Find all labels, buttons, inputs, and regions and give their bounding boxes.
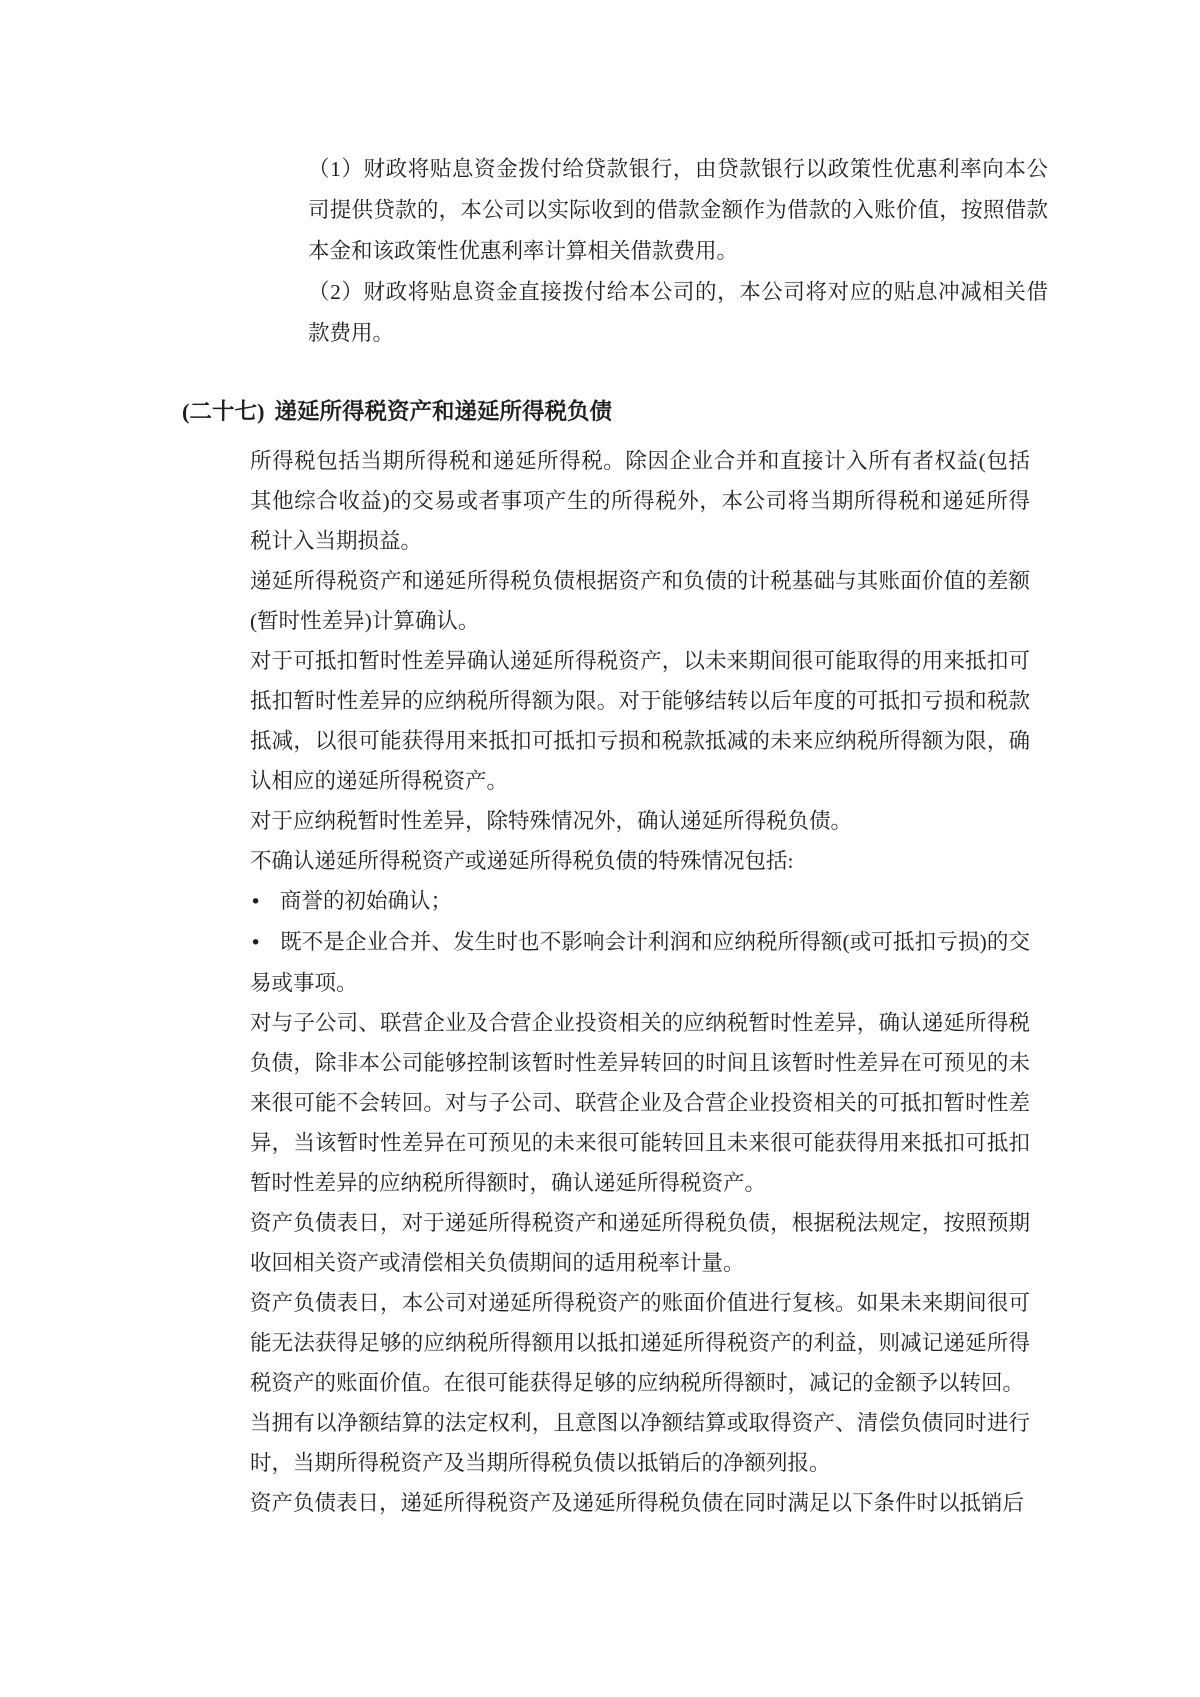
section-heading: (二十七)递延所得税资产和递延所得税负债 [182,392,612,432]
body-paragraph: 不确认递延所得税资产或递延所得税负债的特殊情况包括: [250,841,1030,881]
body-paragraph: 资产负债表日，本公司对递延所得税资产的账面价值进行复核。如果未来期间很可能无法获… [250,1283,1030,1403]
section-title: 递延所得税资产和递延所得税负债 [275,399,613,424]
body-paragraph: 所得税包括当期所得税和递延所得税。除因企业合并和直接计入所有者权益(包括其他综合… [250,441,1030,561]
bullet-text: 商誉的初始确认； [280,889,452,913]
bullet-icon: • [250,923,280,963]
document-page: （1）财政将贴息资金拨付给贷款银行，由贷款银行以政策性优惠利率向本公司提供贷款的… [0,0,1200,1697]
body-paragraph: 对与子公司、联营企业及合营企业投资相关的应纳税暂时性差异，确认递延所得税负债，除… [250,1003,1030,1203]
body-paragraph: 资产负债表日，递延所得税资产及递延所得税负债在同时满足以下条件时以抵销后 [250,1483,1030,1523]
intro-paragraph-2: （2）财政将贴息资金直接拨付给本公司的，本公司将对应的贴息冲减相关借款费用。 [308,272,1048,354]
body-paragraph: 当拥有以净额结算的法定权利，且意图以净额结算或取得资产、清偿负债同时进行时，当期… [250,1403,1030,1483]
body-paragraph: 递延所得税资产和递延所得税负债根据资产和负债的计税基础与其账面价值的差额(暂时性… [250,561,1030,641]
discount-interest-policy-block: （1）财政将贴息资金拨付给贷款银行，由贷款银行以政策性优惠利率向本公司提供贷款的… [308,149,1048,354]
section-number: (二十七) [182,399,265,424]
section-body: 所得税包括当期所得税和递延所得税。除因企业合并和直接计入所有者权益(包括其他综合… [250,441,1030,1523]
bullet-item: •既不是企业合并、发生时也不影响会计利润和应纳税所得额(或可抵扣亏损)的交易或事… [250,922,1030,1003]
body-paragraph: 资产负债表日，对于递延所得税资产和递延所得税负债，根据税法规定，按照预期收回相关… [250,1203,1030,1283]
bullet-icon: • [250,882,280,922]
bullet-text: 既不是企业合并、发生时也不影响会计利润和应纳税所得额(或可抵扣亏损)的交易或事项… [250,930,1030,995]
body-paragraph: 对于应纳税暂时性差异，除特殊情况外，确认递延所得税负债。 [250,801,1030,841]
body-paragraph: 对于可抵扣暂时性差异确认递延所得税资产，以未来期间很可能取得的用来抵扣可抵扣暂时… [250,641,1030,801]
intro-paragraph-1: （1）财政将贴息资金拨付给贷款银行，由贷款银行以政策性优惠利率向本公司提供贷款的… [308,149,1048,272]
bullet-item: •商誉的初始确认； [250,881,1030,922]
